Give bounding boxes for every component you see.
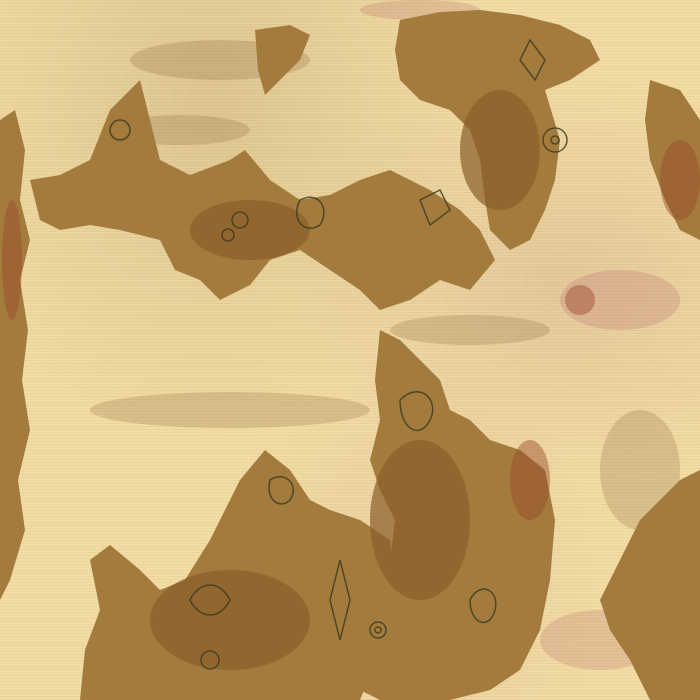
rug-pattern xyxy=(0,0,700,700)
rug-image: Distressed vintage rug texture xyxy=(0,0,700,700)
pile-fragments xyxy=(0,10,700,700)
